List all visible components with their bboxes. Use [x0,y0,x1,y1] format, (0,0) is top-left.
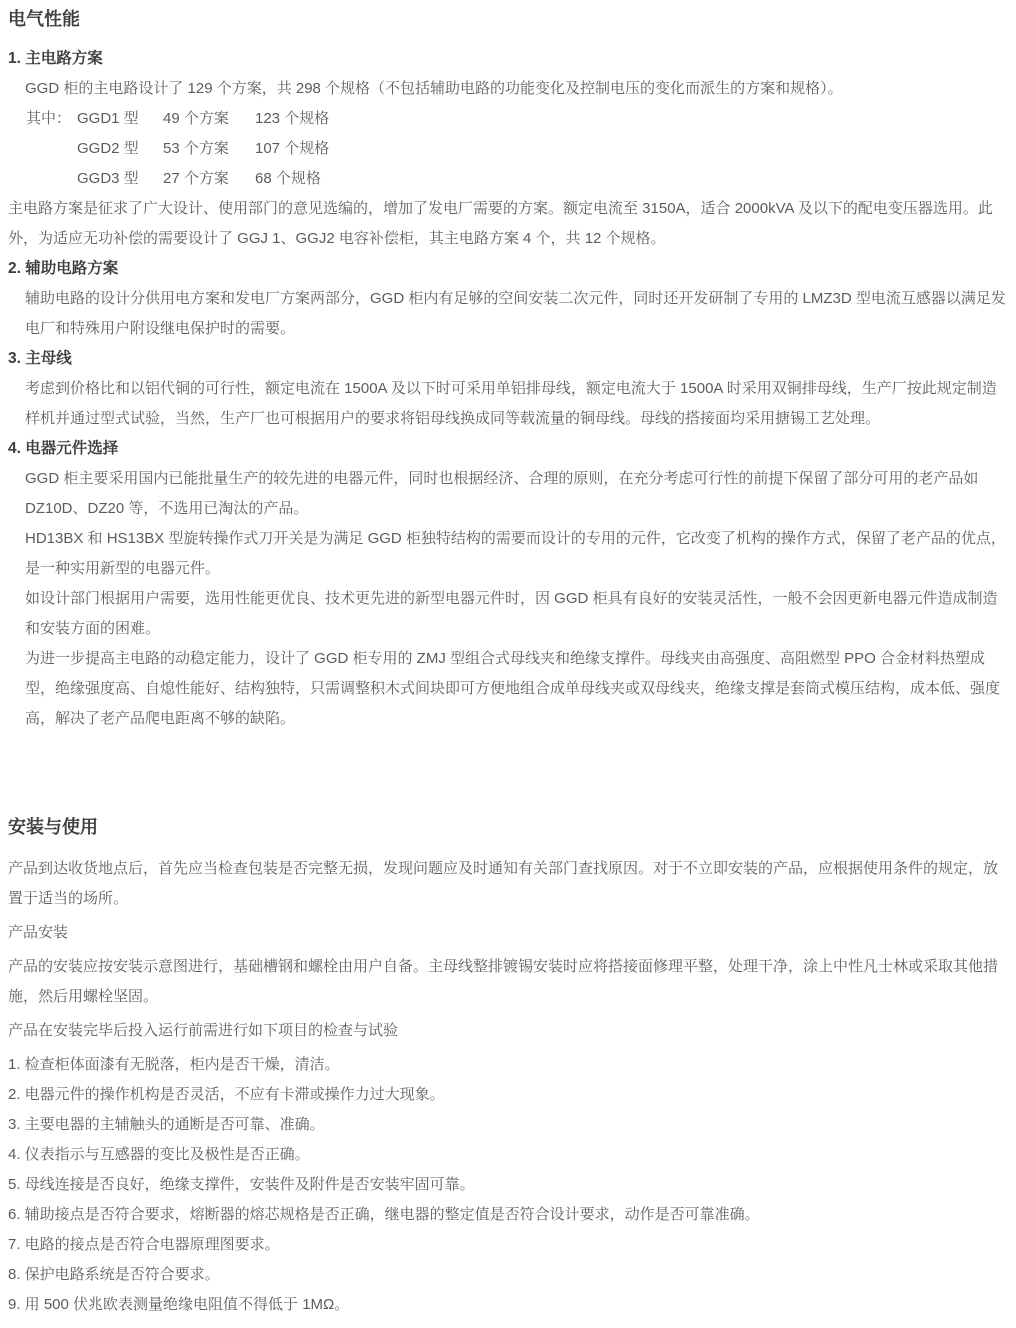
check-item: 7. 电路的接点是否符合电器原理图要求。 [8,1230,1008,1260]
paragraph-component-selection-4: 为进一步提高主电路的动稳定能力，设计了 GGD 柜专用的 ZMJ 型组合式母线夹… [25,644,1008,734]
table-row-label: 其中： [26,104,77,134]
paragraph-component-selection-3: 如设计部门根据用户需要，选用性能更优良、技术更先进的新型电器元件时，因 GGD … [25,584,1008,644]
paragraph-auxiliary-circuit: 辅助电路的设计分供用电方案和发电厂方案两部分，GGD 柜内有足够的空间安装二次元… [25,284,1008,344]
paragraph-pre-operation-checks-intro: 产品在安装完毕后投入运行前需进行如下项目的检查与试验 [8,1016,1008,1046]
model-name: GGD2 型 [77,134,163,164]
table-row-label [26,164,77,194]
check-list: 1. 检查柜体面漆有无脱落，柜内是否干燥，清洁。 2. 电器元件的操作机构是否灵… [8,1050,1008,1320]
subsection-title-component-selection: 4. 电器元件选择 [8,434,1008,464]
paragraph-main-busbar: 考虑到价格比和以铝代铜的可行性，额定电流在 1500A 及以下时可采用单铝排母线… [25,374,1008,434]
check-item: 4. 仪表指示与互感器的变比及极性是否正确。 [8,1140,1008,1170]
table-row-label [26,134,77,164]
paragraph-install-instructions: 产品的安装应按安装示意图进行，基础槽钢和螺栓由用户自备。主母线整排镀锡安装时应将… [8,952,1008,1012]
paragraph-component-selection-1: GGD 柜主要采用国内已能批量生产的较先进的电器元件，同时也根据经济、合理的原则… [25,464,1008,524]
subsection-title-auxiliary-circuit: 2. 辅助电路方案 [8,254,1008,284]
scheme-count: 49 个方案 [163,104,255,134]
model-spec-table: 其中： GGD1 型 49 个方案 123 个规格 GGD2 型 53 个方案 … [26,104,1008,194]
subsection-title-main-circuit: 1. 主电路方案 [8,44,1008,74]
table-row: GGD2 型 53 个方案 107 个规格 [26,134,1008,164]
paragraph-main-circuit-intro: GGD 柜的主电路设计了 129 个方案，共 298 个规格（不包括辅助电路的功… [25,74,1008,104]
model-name: GGD3 型 [77,164,163,194]
spec-count: 123 个规格 [255,104,329,134]
installation-usage-section: 安装与使用 产品到达收货地点后，首先应当检查包装是否完整无损，发现问题应及时通知… [8,814,1008,1320]
scheme-count: 27 个方案 [163,164,255,194]
electrical-performance-section: 电气性能 1. 主电路方案 GGD 柜的主电路设计了 129 个方案，共 298… [8,6,1008,734]
check-item: 3. 主要电器的主辅触头的通断是否可靠、准确。 [8,1110,1008,1140]
paragraph-main-circuit-detail: 主电路方案是征求了广大设计、使用部门的意见选编的，增加了发电厂需要的方案。额定电… [8,194,1008,254]
scheme-count: 53 个方案 [163,134,255,164]
paragraph-arrival-inspection: 产品到达收货地点后，首先应当检查包装是否完整无损，发现问题应及时通知有关部门查找… [8,854,1008,914]
check-item: 5. 母线连接是否良好，绝缘支撑件，安装件及附件是否安装牢固可靠。 [8,1170,1008,1200]
check-item: 1. 检查柜体面漆有无脱落，柜内是否干燥，清洁。 [8,1050,1008,1080]
table-row: GGD3 型 27 个方案 68 个规格 [26,164,1008,194]
check-item: 2. 电器元件的操作机构是否灵活，不应有卡滞或操作力过大现象。 [8,1080,1008,1110]
check-item: 6. 辅助接点是否符合要求，熔断器的熔芯规格是否正确，继电器的整定值是否符合设计… [8,1200,1008,1230]
document: 电气性能 1. 主电路方案 GGD 柜的主电路设计了 129 个方案，共 298… [8,6,1008,1320]
section-title-installation-usage: 安装与使用 [8,814,1008,840]
paragraph-component-selection-2: HD13BX 和 HS13BX 型旋转操作式刀开关是为满足 GGD 柜独特结构的… [25,524,1008,584]
paragraph-product-install-label: 产品安装 [8,918,1008,948]
spec-count: 107 个规格 [255,134,329,164]
section-title-electrical-performance: 电气性能 [8,6,1008,32]
spec-count: 68 个规格 [255,164,321,194]
model-name: GGD1 型 [77,104,163,134]
check-item: 8. 保护电路系统是否符合要求。 [8,1260,1008,1290]
check-item: 9. 用 500 伏兆欧表测量绝缘电阻值不得低于 1MΩ。 [8,1290,1008,1320]
table-row: 其中： GGD1 型 49 个方案 123 个规格 [26,104,1008,134]
subsection-title-main-busbar: 3. 主母线 [8,344,1008,374]
